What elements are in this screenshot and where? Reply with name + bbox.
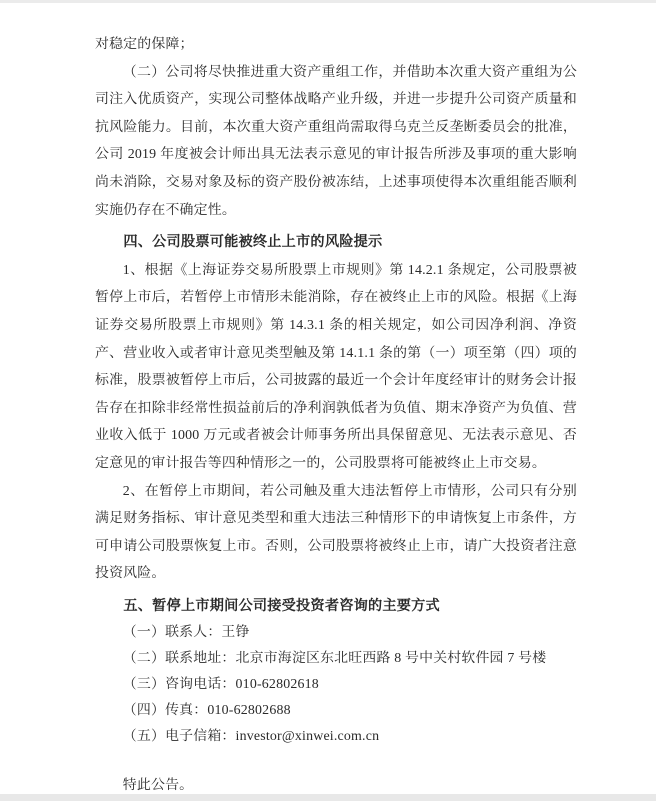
paragraph-restructuring: （二）公司将尽快推进重大资产重组工作，并借助本次重大资产重组为公司注入优质资产，… — [95, 59, 577, 225]
scan-edge-top — [0, 0, 656, 3]
contact-list: （一）联系人：王铮 （二）联系地址：北京市海淀区东北旺西路 8 号中关村软件园 … — [95, 620, 577, 750]
document-page: 对稳定的保障； （二）公司将尽快推进重大资产重组工作，并借助本次重大资产重组为公… — [0, 0, 656, 801]
contact-email: （五）电子信箱：investor@xinwei.com.cn — [95, 724, 577, 750]
continuation-line: 对稳定的保障； — [95, 31, 577, 59]
section4-heading: 四、公司股票可能被终止上市的风险提示 — [95, 229, 577, 257]
contact-phone: （三）咨询电话：010-62802618 — [95, 672, 577, 698]
contact-address: （二）联系地址：北京市海淀区东北旺西路 8 号中关村软件园 7 号楼 — [95, 646, 577, 672]
section5-heading: 五、暂停上市期间公司接受投资者咨询的主要方式 — [95, 593, 577, 621]
contact-fax: （四）传真：010-62802688 — [95, 698, 577, 724]
contact-person: （一）联系人：王铮 — [95, 620, 577, 646]
section4-paragraph-1: 1、根据《上海证券交易所股票上市规则》第 14.2.1 条规定，公司股票被暂停上… — [95, 257, 577, 478]
scan-edge-bottom — [0, 794, 656, 801]
section4-paragraph-2: 2、在暂停上市期间，若公司触及重大违法暂停上市情形，公司只有分别满足财务指标、审… — [95, 478, 577, 588]
document-content: 对稳定的保障； （二）公司将尽快推进重大资产重组工作，并借助本次重大资产重组为公… — [95, 31, 577, 799]
